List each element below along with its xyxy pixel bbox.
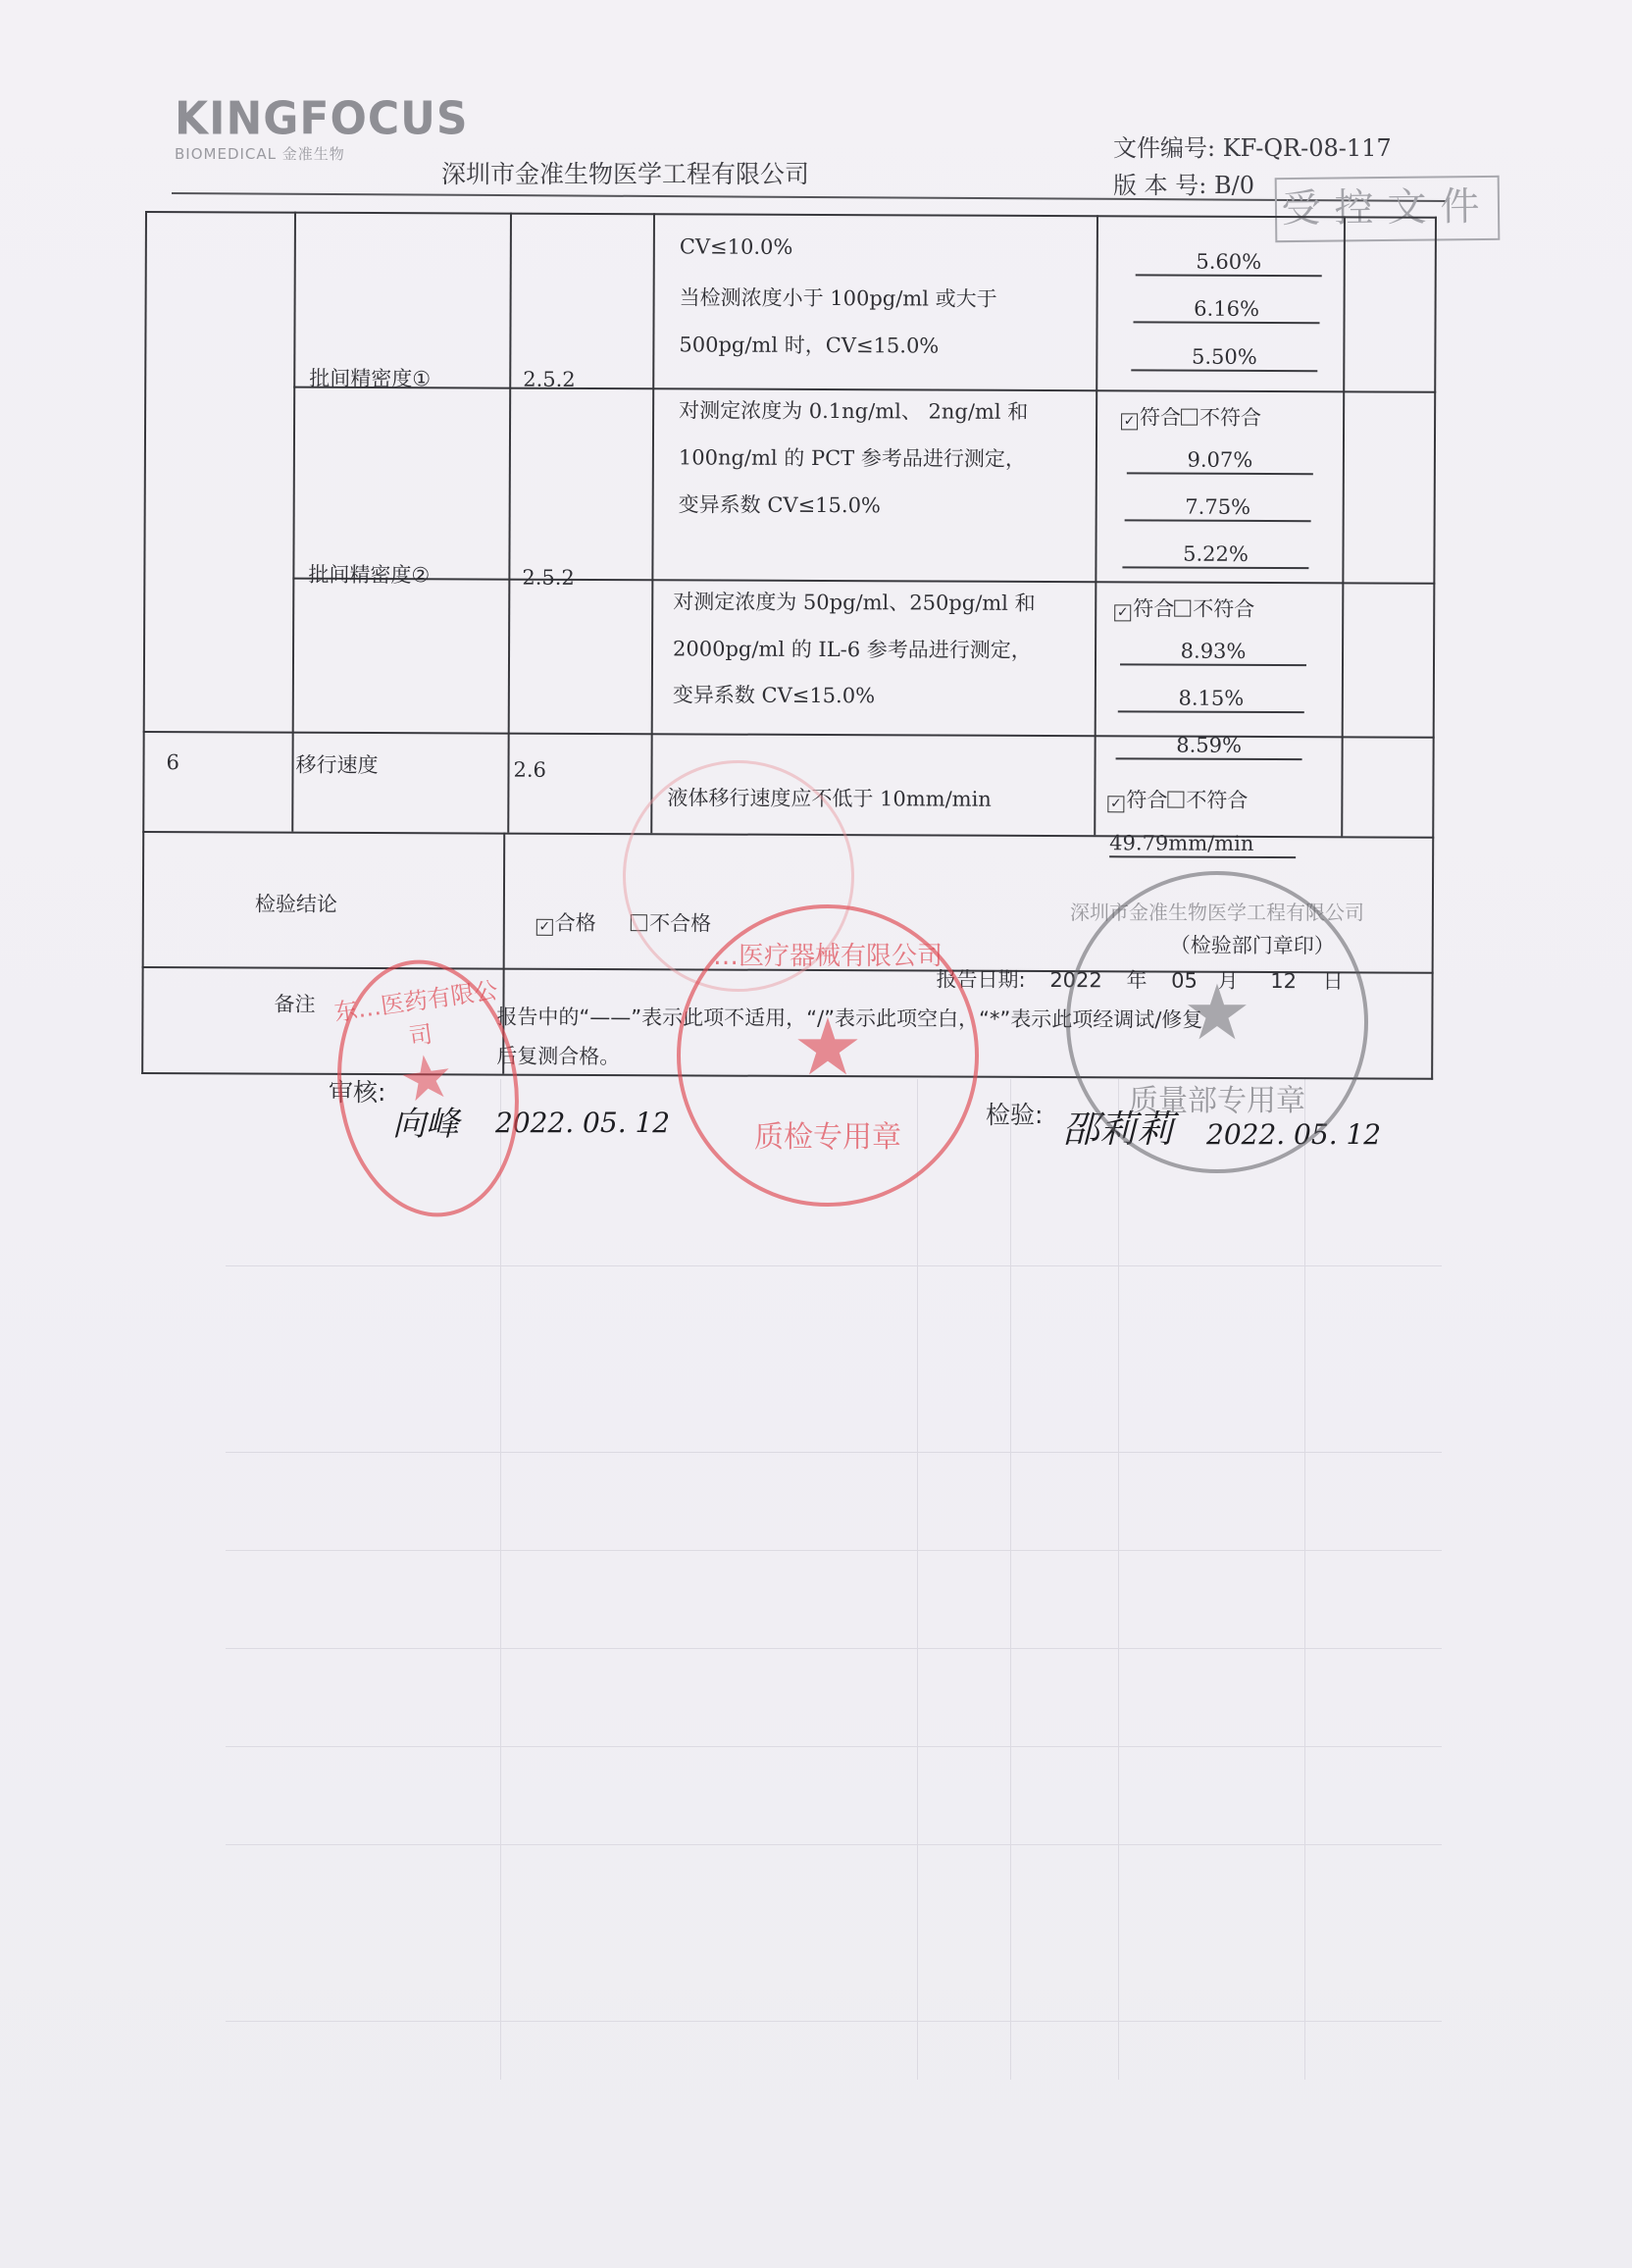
- requirement-text: 液体移行速度应不低于 10mm/min: [667, 782, 992, 812]
- conform-checkbox-checked[interactable]: ✓: [1121, 413, 1138, 430]
- inspector-signature: 邵莉莉: [1062, 1099, 1174, 1153]
- fail-checkbox[interactable]: [631, 914, 647, 931]
- reviewer-signature: 向峰: [392, 1097, 459, 1145]
- clause-number: 2.5.2: [523, 368, 576, 391]
- requirement-text: 对测定浓度为 0.1ng/ml、 2ng/ml 和: [679, 394, 1028, 426]
- result-value: 5.50%: [1131, 344, 1317, 372]
- result-value: 5.22%: [1122, 541, 1308, 569]
- clause-number: 2.6: [513, 758, 546, 782]
- version: B/0: [1214, 172, 1254, 199]
- reviewer-date: 2022. 05. 12: [495, 1107, 670, 1139]
- requirement-text: 当检测浓度小于 100pg/ml 或大于: [680, 282, 997, 312]
- pass-checkbox-checked[interactable]: ✓: [536, 919, 553, 936]
- report-date: 报告日期: 2022 年 05 月 12 日: [937, 968, 1344, 994]
- company-logo: KINGFOCUS BIOMEDICAL 金准生物: [175, 98, 469, 164]
- result-value: 5.60%: [1136, 249, 1322, 277]
- result-value: 8.15%: [1118, 686, 1304, 713]
- version-label: 版 本 号:: [1113, 172, 1206, 199]
- logo-subtitle: BIOMEDICAL 金准生物: [175, 143, 469, 164]
- clause-number: 2.5.2: [522, 566, 575, 590]
- requirement-text: 2000pg/ml 的 IL-6 参考品进行测定，: [673, 633, 1032, 664]
- remarks-text-line1: 报告中的“——”表示此项不适用，“/”表示此项空白，“*”表示此项经调试/修复: [496, 1005, 1202, 1032]
- conformity-checkboxes: ✓符合不符合: [1114, 593, 1254, 623]
- conform-checkbox-checked[interactable]: ✓: [1114, 604, 1131, 621]
- nonconform-checkbox[interactable]: [1174, 600, 1191, 617]
- result-value: 8.93%: [1120, 639, 1306, 666]
- doc-number: KF-QR-08-117: [1223, 134, 1392, 162]
- requirement-text: 100ng/ml 的 PCT 参考品进行测定，: [679, 441, 1026, 473]
- result-value: 8.59%: [1116, 733, 1302, 760]
- requirement-text: 500pg/ml 时，CV≤15.0%: [679, 329, 939, 359]
- result-value: 6.16%: [1134, 296, 1320, 324]
- item-name: 移行速度: [295, 753, 378, 777]
- result-value: 49.79mm/min: [1109, 831, 1296, 858]
- item-name: 批间精密度①: [309, 367, 431, 391]
- requirement-text: 变异系数 CV≤15.0%: [673, 679, 875, 709]
- result-value: 9.07%: [1127, 447, 1313, 475]
- remarks-label: 备注: [274, 993, 315, 1016]
- requirement-text: CV≤10.0%: [680, 234, 793, 259]
- requirement-text: 对测定浓度为 50pg/ml、250pg/ml 和: [673, 586, 1035, 617]
- item-number: 6: [166, 750, 178, 774]
- conformity-checkboxes: ✓符合不符合: [1121, 401, 1261, 432]
- requirement-text: 变异系数 CV≤15.0%: [679, 489, 881, 519]
- remarks-text-line2: 后复测合格。: [496, 1045, 620, 1069]
- conformity-checkboxes: ✓符合不符合: [1107, 784, 1248, 814]
- logo-wordmark: KINGFOCUS: [175, 97, 469, 142]
- conclusion-label: 检验结论: [255, 892, 337, 915]
- nonconform-checkbox[interactable]: [1167, 792, 1184, 808]
- doc-number-label: 文件编号:: [1113, 134, 1215, 162]
- dept-seal-label: （检验部门章印）: [1170, 934, 1335, 958]
- inspection-table: CV≤10.0% 当检测浓度小于 100pg/ml 或大于 500pg/ml 时…: [141, 211, 1437, 1080]
- result-value: 7.75%: [1125, 494, 1311, 522]
- reviewer-label: 审核:: [329, 1081, 385, 1105]
- nonconform-checkbox[interactable]: [1181, 409, 1198, 426]
- inspector-label: 检验:: [986, 1104, 1043, 1127]
- conform-checkbox-checked[interactable]: ✓: [1107, 796, 1124, 812]
- inspector-date: 2022. 05. 12: [1206, 1118, 1381, 1151]
- item-name: 批间精密度②: [308, 563, 430, 588]
- company-name: 深圳市金准生物医学工程有限公司: [441, 155, 809, 190]
- conclusion-checkboxes: ✓合格 不合格: [536, 907, 712, 938]
